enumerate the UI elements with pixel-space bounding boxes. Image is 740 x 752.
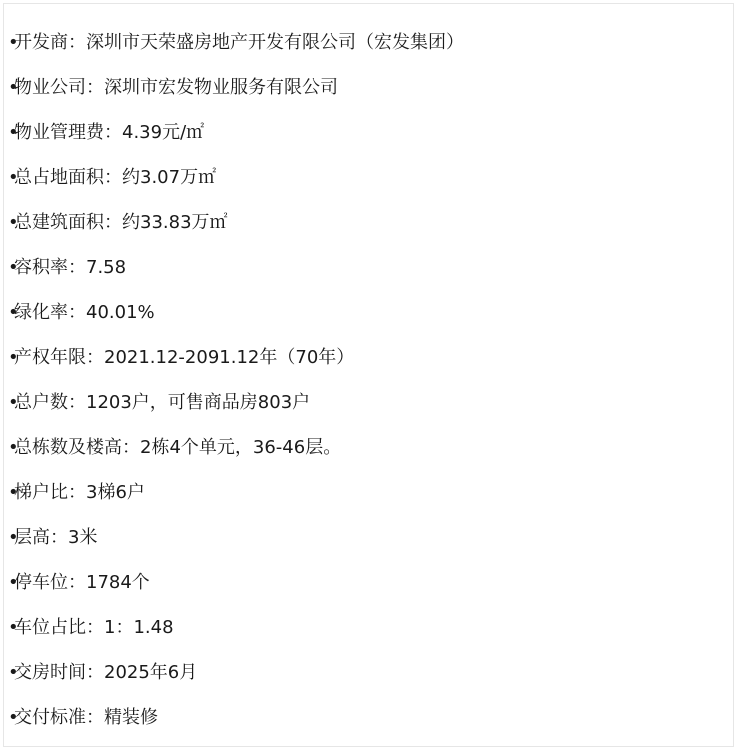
info-item-green-ratio: •绿化率：40.01% [8,295,464,340]
info-label: 层高 [14,527,50,548]
info-item-elevator-ratio: •梯户比：3梯6户 [8,475,464,520]
info-value: 1784个 [86,572,150,593]
info-value: 约3.07万㎡ [122,167,216,188]
info-value: 2021.12-2091.12年（70年） [104,347,354,368]
info-value: 4.39元/㎡ [122,122,204,143]
info-separator: ： [86,707,104,728]
info-separator: ： [50,527,68,548]
info-value: 精装修 [104,707,158,728]
info-value: 深圳市宏发物业服务有限公司 [104,77,338,98]
info-label: 梯户比 [14,482,68,503]
info-separator: ： [68,302,86,323]
info-separator: ： [104,167,122,188]
info-separator: ： [68,392,86,413]
info-value: 40.01% [86,302,155,323]
info-separator: ： [86,617,104,638]
info-item-delivery-date: •交房时间：2025年6月 [8,655,464,700]
info-label: 开发商 [14,32,68,53]
info-item-land-area: •总占地面积：约3.07万㎡ [8,160,464,205]
info-label: 交房时间 [14,662,86,683]
info-value: 1：1.48 [104,617,174,638]
info-value: 2025年6月 [104,662,197,683]
info-value: 深圳市天荣盛房地产开发有限公司（宏发集团） [86,32,464,53]
info-separator: ： [68,257,86,278]
info-item-floor-height: •层高：3米 [8,520,464,565]
info-value: 2栋4个单元，36-46层。 [140,437,341,458]
info-separator: ： [86,662,104,683]
info-label: 物业管理费 [14,122,104,143]
info-label: 总栋数及楼高 [14,437,122,458]
info-item-property-company: •物业公司：深圳市宏发物业服务有限公司 [8,70,464,115]
info-value: 7.58 [86,257,126,278]
info-item-management-fee: •物业管理费：4.39元/㎡ [8,115,464,160]
info-value: 3米 [68,527,97,548]
info-item-parking-spaces: •停车位：1784个 [8,565,464,610]
info-value: 约33.83万㎡ [122,212,228,233]
info-item-property-term: •产权年限：2021.12-2091.12年（70年） [8,340,464,385]
info-item-plot-ratio: •容积率：7.58 [8,250,464,295]
info-label: 容积率 [14,257,68,278]
info-separator: ： [122,437,140,458]
info-item-buildings-floors: •总栋数及楼高：2栋4个单元，36-46层。 [8,430,464,475]
info-separator: ： [86,347,104,368]
info-item-building-area: •总建筑面积：约33.83万㎡ [8,205,464,250]
info-separator: ： [86,77,104,98]
info-item-delivery-standard: •交付标准：精装修 [8,700,464,745]
info-label: 物业公司 [14,77,86,98]
info-label: 产权年限 [14,347,86,368]
info-label: 绿化率 [14,302,68,323]
info-label: 交付标准 [14,707,86,728]
info-item-developer: •开发商：深圳市天荣盛房地产开发有限公司（宏发集团） [8,25,464,70]
info-separator: ： [68,572,86,593]
project-info-panel: •开发商：深圳市天荣盛房地产开发有限公司（宏发集团） •物业公司：深圳市宏发物业… [3,3,734,747]
project-info-list: •开发商：深圳市天荣盛房地产开发有限公司（宏发集团） •物业公司：深圳市宏发物业… [8,25,464,745]
info-value: 1203户，可售商品房803户 [86,392,310,413]
info-item-parking-ratio: •车位占比：1：1.48 [8,610,464,655]
info-separator: ： [68,32,86,53]
info-label: 车位占比 [14,617,86,638]
info-label: 总占地面积 [14,167,104,188]
info-separator: ： [104,122,122,143]
info-value: 3梯6户 [86,482,145,503]
info-separator: ： [104,212,122,233]
info-separator: ： [68,482,86,503]
info-label: 总建筑面积 [14,212,104,233]
info-label: 停车位 [14,572,68,593]
info-label: 总户数 [14,392,68,413]
info-item-households: •总户数：1203户，可售商品房803户 [8,385,464,430]
